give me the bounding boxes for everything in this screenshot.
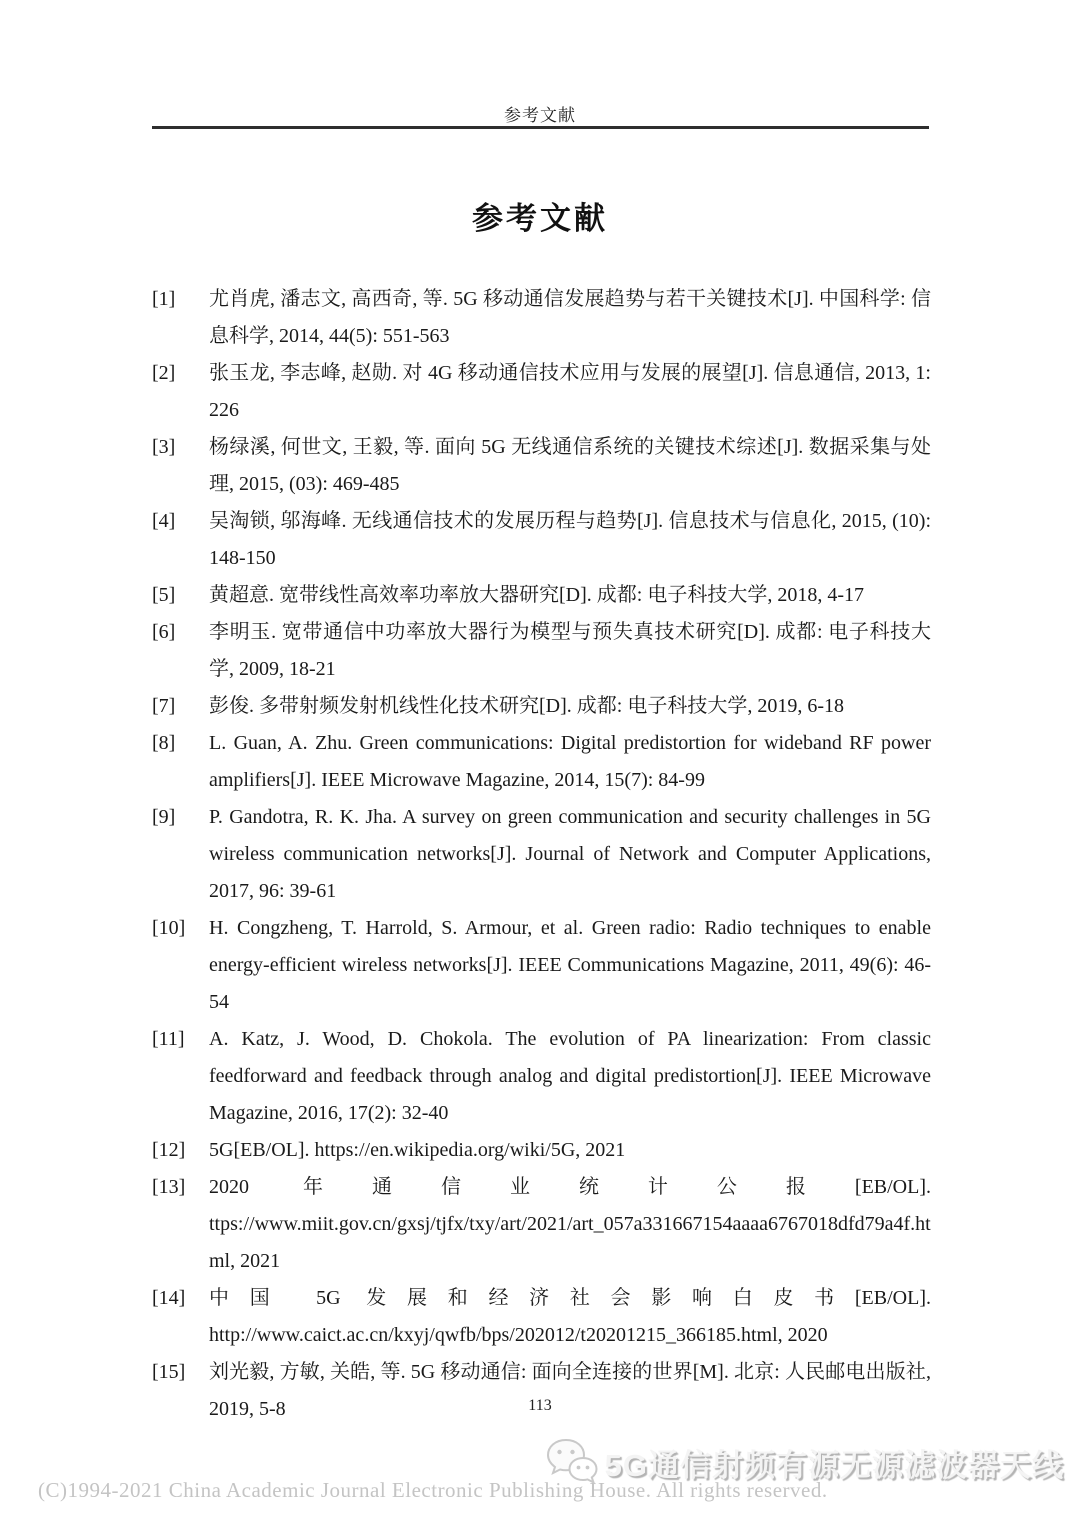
reference-text: 李明玉. 宽带通信中功率放大器行为模型与预失真技术研究[D]. 成都: 电子科技…	[209, 614, 931, 688]
reference-number: [4]	[152, 503, 209, 577]
reference-text: 中国 5G 发展和经济社会影响白皮书[EB/OL]. http://www.ca…	[209, 1280, 931, 1354]
reference-item: [14] 中国 5G 发展和经济社会影响白皮书[EB/OL]. http://w…	[152, 1280, 931, 1354]
reference-text: H. Congzheng, T. Harrold, S. Armour, et …	[209, 910, 931, 1021]
reference-number: [2]	[152, 355, 209, 429]
reference-text: 杨绿溪, 何世文, 王毅, 等. 面向 5G 无线通信系统的关键技术综述[J].…	[209, 429, 931, 503]
reference-number: [3]	[152, 429, 209, 503]
document-page: 参考文献 参考文献 [1] 尤肖虎, 潘志文, 高西奇, 等. 5G 移动通信发…	[0, 0, 1080, 1527]
reference-item: [10] H. Congzheng, T. Harrold, S. Armour…	[152, 910, 931, 1021]
reference-item: [5] 黄超意. 宽带线性高效率功率放大器研究[D]. 成都: 电子科技大学, …	[152, 577, 931, 614]
reference-text: 彭俊. 多带射频发射机线性化技术研究[D]. 成都: 电子科技大学, 2019,…	[209, 688, 931, 725]
reference-number: [11]	[152, 1021, 209, 1132]
reference-text: 2020 年通信业统计公报[EB/OL]. ttps://www.miit.go…	[209, 1169, 931, 1280]
reference-number: [10]	[152, 910, 209, 1021]
watermark-text: 5G通信射频有源无源滤波器天线	[605, 1440, 1064, 1485]
reference-item: [15] 刘光毅, 方敏, 关皓, 等. 5G 移动通信: 面向全连接的世界[M…	[152, 1354, 931, 1428]
reference-text: 黄超意. 宽带线性高效率功率放大器研究[D]. 成都: 电子科技大学, 2018…	[209, 577, 931, 614]
header-rule	[152, 126, 929, 129]
reference-number: [14]	[152, 1280, 209, 1354]
running-header: 参考文献	[0, 101, 1080, 126]
reference-text: 尤肖虎, 潘志文, 高西奇, 等. 5G 移动通信发展趋势与若干关键技术[J].…	[209, 281, 931, 355]
reference-number: [12]	[152, 1132, 209, 1169]
reference-item: [1] 尤肖虎, 潘志文, 高西奇, 等. 5G 移动通信发展趋势与若干关键技术…	[152, 281, 931, 355]
reference-item: [2] 张玉龙, 李志峰, 赵勋. 对 4G 移动通信技术应用与发展的展望[J]…	[152, 355, 931, 429]
reference-number: [9]	[152, 799, 209, 910]
reference-text: P. Gandotra, R. K. Jha. A survey on gree…	[209, 799, 931, 910]
reference-list: [1] 尤肖虎, 潘志文, 高西奇, 等. 5G 移动通信发展趋势与若干关键技术…	[152, 281, 931, 1428]
reference-item: [9] P. Gandotra, R. K. Jha. A survey on …	[152, 799, 931, 910]
reference-number: [7]	[152, 688, 209, 725]
reference-item: [8] L. Guan, A. Zhu. Green communication…	[152, 725, 931, 799]
reference-item: [4] 吴淘锁, 邬海峰. 无线通信技术的发展历程与趋势[J]. 信息技术与信息…	[152, 503, 931, 577]
reference-number: [15]	[152, 1354, 209, 1428]
reference-item: [11] A. Katz, J. Wood, D. Chokola. The e…	[152, 1021, 931, 1132]
reference-text: A. Katz, J. Wood, D. Chokola. The evolut…	[209, 1021, 931, 1132]
reference-number: [1]	[152, 281, 209, 355]
reference-item: [12] 5G[EB/OL]. https://en.wikipedia.org…	[152, 1132, 931, 1169]
reference-text: 吴淘锁, 邬海峰. 无线通信技术的发展历程与趋势[J]. 信息技术与信息化, 2…	[209, 503, 931, 577]
reference-item: [3] 杨绿溪, 何世文, 王毅, 等. 面向 5G 无线通信系统的关键技术综述…	[152, 429, 931, 503]
reference-text: L. Guan, A. Zhu. Green communications: D…	[209, 725, 931, 799]
page-number: 113	[0, 1397, 1080, 1415]
reference-text: 刘光毅, 方敏, 关皓, 等. 5G 移动通信: 面向全连接的世界[M]. 北京…	[209, 1354, 931, 1428]
watermark: 5G通信射频有源无源滤波器天线	[545, 1432, 1064, 1492]
reference-item: [6] 李明玉. 宽带通信中功率放大器行为模型与预失真技术研究[D]. 成都: …	[152, 614, 931, 688]
page-title: 参考文献	[0, 193, 1080, 238]
reference-number: [5]	[152, 577, 209, 614]
reference-item: [7] 彭俊. 多带射频发射机线性化技术研究[D]. 成都: 电子科技大学, 2…	[152, 688, 931, 725]
reference-text: 5G[EB/OL]. https://en.wikipedia.org/wiki…	[209, 1132, 931, 1169]
reference-text: 张玉龙, 李志峰, 赵勋. 对 4G 移动通信技术应用与发展的展望[J]. 信息…	[209, 355, 931, 429]
reference-item: [13] 2020 年通信业统计公报[EB/OL]. ttps://www.mi…	[152, 1169, 931, 1280]
reference-number: [6]	[152, 614, 209, 688]
wechat-icon	[545, 1432, 599, 1492]
reference-number: [8]	[152, 725, 209, 799]
reference-number: [13]	[152, 1169, 209, 1280]
